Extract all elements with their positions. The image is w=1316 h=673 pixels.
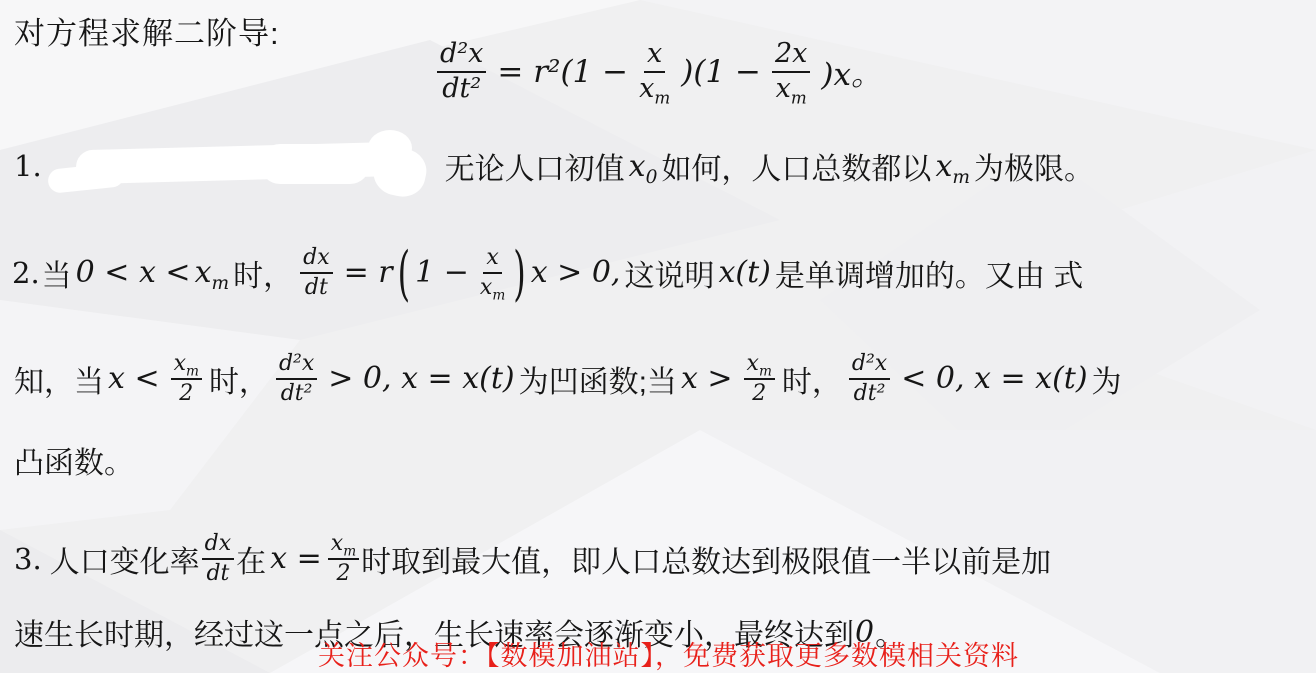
text: 时， [782, 357, 842, 401]
inline-fraction-d2x-dt2: d²x dt² [849, 352, 890, 405]
formula-lhs-fraction: d²x dt² [437, 40, 486, 104]
fraction-numerator: xm [171, 352, 202, 380]
text: 时取到最大值，即人口总数达到极限值一半以前是加 [361, 537, 1051, 581]
var-x: x [195, 255, 212, 290]
var-x: x [629, 149, 646, 184]
math-text: > 0, x = x(t) [328, 361, 514, 396]
subscript-m: m [654, 88, 670, 108]
inline-fraction-d2x-dt2: d²x dt² [276, 352, 317, 405]
math-text: < 0, x = x(t) [901, 361, 1087, 396]
text: 在 [236, 537, 266, 581]
subscript-m: m [759, 363, 772, 379]
var-x: x [480, 275, 492, 300]
var-x: x [331, 531, 343, 556]
slide: 对方程求解二阶导: d²x dt² = r²(1 − x xm )(1 − 2x… [0, 0, 1316, 673]
subscript-m: m [343, 543, 356, 559]
subscript-m: m [492, 287, 505, 303]
text: 人口变化率 [50, 537, 200, 581]
inline-fraction-x-over-xm: x xm [480, 246, 505, 299]
item-1-text: 为极限。 [974, 144, 1094, 188]
item-1-text: 无论人口初值 [445, 144, 625, 188]
list-item-3-line-1: 3. 人口变化率 dx dt 在 x = xm 2 时取到最大值，即人口总数达到… [14, 532, 1051, 585]
fraction-denominator: dt [206, 560, 229, 585]
subscript-m: m [211, 273, 229, 294]
math-text: x(t) [718, 255, 770, 290]
subscript-m: m [186, 363, 199, 379]
fraction-numerator: xm [328, 532, 359, 560]
math-inequality: 0 < x < [76, 255, 191, 290]
var-x0: x0 [629, 149, 658, 184]
var-x: x [747, 351, 759, 376]
inline-fraction-xm-over-2: xm 2 [171, 352, 202, 405]
text: 知，当 [14, 357, 104, 401]
fraction-numerator: xm [744, 352, 775, 380]
formula-fraction-2x-over-xm: 2x xm [772, 40, 810, 104]
inline-fraction-xm-over-2: xm 2 [744, 352, 775, 405]
var-x: x [639, 73, 654, 104]
fraction-denominator: dt² [854, 380, 886, 405]
fraction-numerator: dx [202, 532, 235, 560]
subscript-m: m [952, 167, 970, 188]
text: 当 [42, 251, 72, 295]
text: 是单调增加的。又由 式 [775, 251, 1083, 295]
text: 为凹函数;当 [519, 357, 677, 401]
text: 这说明 [624, 251, 714, 295]
list-item-1: 1. 无论人口初值 x0 如何，人口总数都以 xm 为极限。 [14, 140, 1094, 192]
list-item-2-line-3: 凸函数。 [14, 438, 134, 482]
formula-fraction-x-over-xm: x xm [639, 40, 670, 104]
item-1-text: 如何，人口总数都以 [661, 144, 931, 188]
var-x: x [776, 73, 791, 104]
fraction-numerator: dx [300, 246, 333, 274]
var-x: x [174, 351, 186, 376]
fraction-numerator: 2x [772, 40, 810, 73]
fraction-denominator: dt² [442, 73, 481, 103]
list-item-2-line-1: 2. 当 0 < x < xm 时， dx dt = r ( 1 − x xm … [12, 246, 1083, 299]
fraction-denominator: dt² [281, 380, 313, 405]
fraction-denominator: xm [776, 73, 807, 103]
formula-mid-1: = r²(1 − [497, 54, 628, 90]
subscript-0: 0 [646, 167, 658, 188]
watermark-text: 关注公众号：【数模加油站】，免费获取更多数模相关资料 [318, 634, 1019, 673]
left-paren: ( [398, 237, 410, 307]
math-text: x > [681, 361, 733, 396]
math-text: x = [270, 541, 322, 576]
math-text: x < [108, 361, 160, 396]
second-derivative-formula: d²x dt² = r²(1 − x xm )(1 − 2x xm )x。 [0, 40, 1316, 104]
fraction-denominator: xm [480, 274, 505, 299]
whiteout-stroke [260, 144, 370, 184]
erased-whiteout-mark [50, 140, 445, 192]
text: 凸函数。 [14, 438, 134, 482]
math-text: x > 0, [531, 255, 621, 290]
var-xm: xm [935, 149, 970, 184]
math-text: = r [344, 255, 393, 290]
fraction-numerator: x [644, 40, 665, 73]
fraction-denominator: 2 [179, 380, 193, 405]
math-text: 1 − [415, 255, 469, 290]
inline-fraction-dx-dt: dx dt [300, 246, 333, 299]
inline-fraction-xm-over-2: xm 2 [328, 532, 359, 585]
text: 为 [1092, 357, 1122, 401]
var-x: x [935, 149, 952, 184]
fraction-denominator: 2 [752, 380, 766, 405]
text: 时， [233, 251, 293, 295]
list-item-2-line-2: 知，当 x < xm 2 时， d²x dt² > 0, x = x(t) 为凹… [14, 352, 1122, 405]
fraction-denominator: dt [305, 274, 328, 299]
item-number: 2. [12, 256, 40, 290]
var-xm: xm [195, 255, 230, 290]
fraction-denominator: 2 [336, 560, 350, 585]
formula-tail: )x。 [821, 49, 882, 94]
item-number: 3. [14, 542, 42, 576]
fraction-numerator: d²x [437, 40, 486, 73]
inline-fraction-dx-dt: dx dt [202, 532, 235, 585]
formula-mid-2: )(1 − [681, 54, 761, 90]
item-number: 1. [14, 149, 42, 183]
text: 时， [209, 357, 269, 401]
fraction-numerator: d²x [849, 352, 890, 380]
fraction-numerator: d²x [276, 352, 317, 380]
fraction-denominator: xm [639, 73, 670, 103]
fraction-numerator: x [483, 246, 501, 274]
right-paren: ) [513, 237, 525, 307]
subscript-m: m [791, 88, 807, 108]
